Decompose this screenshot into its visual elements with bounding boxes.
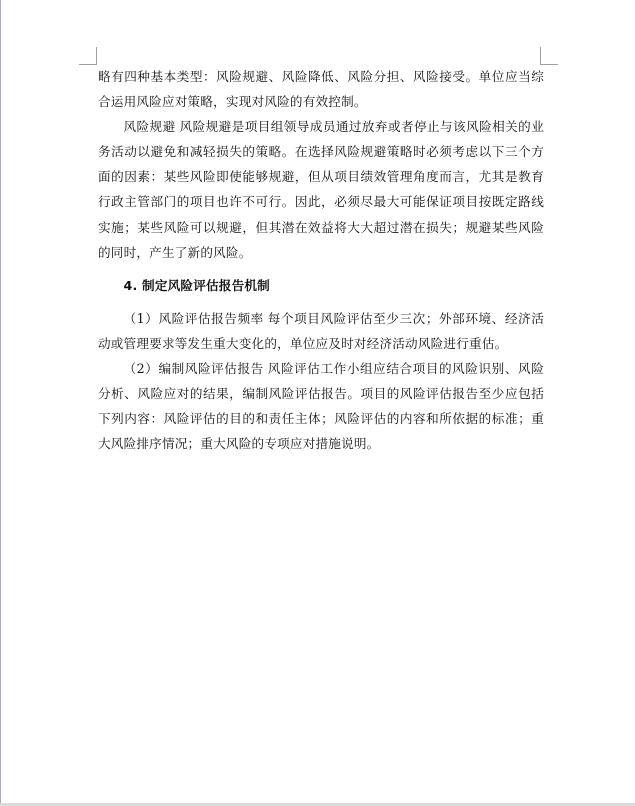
- section-heading: 4. 制定风险评估报告机制: [98, 273, 544, 298]
- list-item-number: （1）: [124, 311, 159, 326]
- document-body[interactable]: 略有四种基本类型：风险规避、风险降低、风险分担、风险接受。单位应当综合运用风险应…: [98, 64, 544, 456]
- list-item-report-frequency: （1）风险评估报告频率每个项目风险评估至少三次；外部环境、经济活动或管理要求等发…: [98, 306, 544, 356]
- margin-corner-mark-top-right: [540, 47, 558, 65]
- list-item-number: （2）: [124, 361, 159, 376]
- paragraph-risk-avoidance: 风险规避风险规避是项目组领导成员通过放弃或者停止与该风险相关的业务活动以避免和减…: [98, 114, 544, 265]
- margin-corner-mark-top-left: [79, 47, 97, 65]
- list-item-compile-report: （2）编制风险评估报告风险评估工作小组应结合项目的风险识别、风险分析、风险应对的…: [98, 356, 544, 456]
- list-item-term: 风险评估报告频率: [158, 311, 263, 326]
- document-viewport: 略有四种基本类型：风险规避、风险降低、风险分担、风险接受。单位应当综合运用风险应…: [0, 0, 635, 806]
- document-page[interactable]: 略有四种基本类型：风险规避、风险降低、风险分担、风险接受。单位应当综合运用风险应…: [0, 0, 635, 803]
- list-item-term: 编制风险评估报告: [158, 361, 263, 376]
- paragraph-text: 风险规避是项目组领导成员通过放弃或者停止与该风险相关的业务活动以避免和减轻损失的…: [98, 119, 544, 259]
- paragraph-continuation: 略有四种基本类型：风险规避、风险降低、风险分担、风险接受。单位应当综合运用风险应…: [98, 64, 544, 114]
- paragraph-term: 风险规避: [124, 119, 176, 134]
